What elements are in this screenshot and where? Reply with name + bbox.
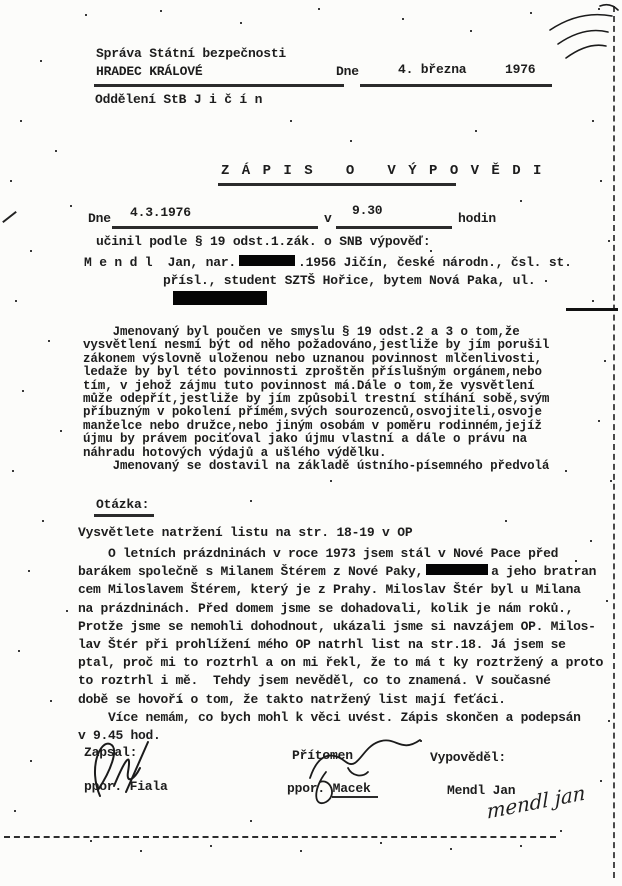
scan-artifact-arcs (540, 2, 620, 72)
person-line1-pre: M e n d l Jan, nar. (84, 255, 236, 270)
scan-edge-line-bottom (4, 836, 556, 838)
scanned-document-page: Správa Státní bezpečnosti HRADEC KRÁLOVÉ… (0, 0, 622, 886)
header-underline-left (94, 84, 344, 87)
intro-date-underline (112, 226, 318, 229)
department-line: Oddělení StB J i č í n (95, 92, 262, 107)
intro-date-label: Dne (88, 211, 111, 226)
person-line1: M e n d l Jan, nar..1956 Jičín, české ná… (84, 255, 572, 270)
header-date-label: Dne (336, 64, 359, 79)
intro-legal-line: učinil podle § 19 odst.1.zák. o SNB výpo… (96, 234, 430, 249)
redaction-bar-birthdate (239, 255, 295, 266)
scan-artifact-diagonal (2, 211, 17, 223)
person-line2: přísl., student SZTŠ Hořice, bytem Nová … (163, 273, 535, 288)
deponent-label: Vypověděl: (430, 750, 506, 765)
advisory-line: Jmenovaný byl poučen ve smyslu § 19 odst… (83, 326, 549, 339)
answer-line: to roztrhl i mě. Tehdy jsem nevěděl, co … (78, 672, 603, 690)
intro-time-underline (336, 226, 452, 229)
person-line1-post: .1956 Jičín, české národn., čsl. st. (298, 255, 572, 270)
intro-date-value: 4.3.1976 (130, 205, 191, 220)
advisory-line: ledaže by byl této povinnosti zproštěn p… (83, 366, 549, 379)
redaction-bar-address (173, 291, 267, 305)
org-name-line1: Správa Státní bezpečnosti (96, 46, 286, 61)
intro-time-prep: v (324, 211, 332, 226)
intro-time-value: 9.30 (352, 203, 382, 218)
header-date-month: 4. března (398, 62, 466, 77)
advisory-line: zákonem výslovně uloženou nebo uznanou p… (83, 353, 549, 366)
summons-line: Jmenovaný se dostavil na základě ústního… (83, 459, 549, 473)
advisory-line: újmu by právem pociťoval jako újmu vlast… (83, 433, 549, 446)
advisory-line: vysvětlení nesmí být od něho požadováno,… (83, 339, 549, 352)
answer-line: na prázdninách. Před domem jsme se dohad… (78, 600, 603, 618)
title-underline (218, 183, 456, 186)
answer-line: Protže jsme se nemohli dohodnout, ukázal… (78, 618, 603, 636)
witness-signature (296, 726, 436, 814)
advisory-line: příbuzným v pokolení přímém,svých souroz… (83, 406, 549, 419)
answer-paragraph: O letních prázdninách v roce 1973 jsem s… (78, 545, 603, 745)
answer-line-with-redaction: barákem společně s Milanem Štérem z Nové… (78, 563, 603, 581)
header-date-year: 1976 (505, 62, 535, 77)
answer-line: době se hovoří o tom, že takto natržený … (78, 691, 603, 709)
advisory-line: manželce nebo družce,nebo jiným osobám v… (83, 420, 549, 433)
intro-time-unit: hodin (458, 211, 496, 226)
answer-line: lav Štér při prohlížení mého OP natrhl l… (78, 636, 603, 654)
answer-line2-post: a jeho bratran (491, 564, 596, 579)
redaction-bar-name (426, 564, 488, 575)
document-title: Z Á P I S O V Ý P O V Ě D I (221, 163, 543, 179)
answer-line2-pre: barákem společně s Milanem Štérem z Nové… (78, 564, 423, 579)
answer-line: ptal, proč mi to roztrhl a on mi řekl, ž… (78, 654, 603, 672)
answer-line: cem Miloslavem Štérem, který je z Prahy.… (78, 581, 603, 599)
org-name-line2: HRADEC KRÁLOVÉ (96, 64, 202, 79)
question-label: Otázka: (96, 497, 149, 512)
question-text: Vysvětlete natržení listu na str. 18-19 … (78, 525, 412, 540)
scan-artifact-dash (566, 308, 618, 311)
advisory-line: tím, v jehož zájmu tuto povinnost má.Dál… (83, 380, 549, 393)
scan-edge-line-right (613, 6, 615, 878)
recorder-signature (70, 728, 180, 806)
advisory-paragraph: Jmenovaný byl poučen ve smyslu § 19 odst… (83, 326, 549, 460)
answer-line: O letních prázdninách v roce 1973 jsem s… (78, 545, 603, 563)
question-underline (94, 514, 154, 517)
scan-noise-speckles (0, 0, 2, 2)
answer-line: Více nemám, co bych mohl k věci uvést. Z… (78, 709, 603, 727)
header-underline-date (360, 84, 552, 87)
advisory-line: může odepřít,jestliže by jím způsobil tr… (83, 393, 549, 406)
